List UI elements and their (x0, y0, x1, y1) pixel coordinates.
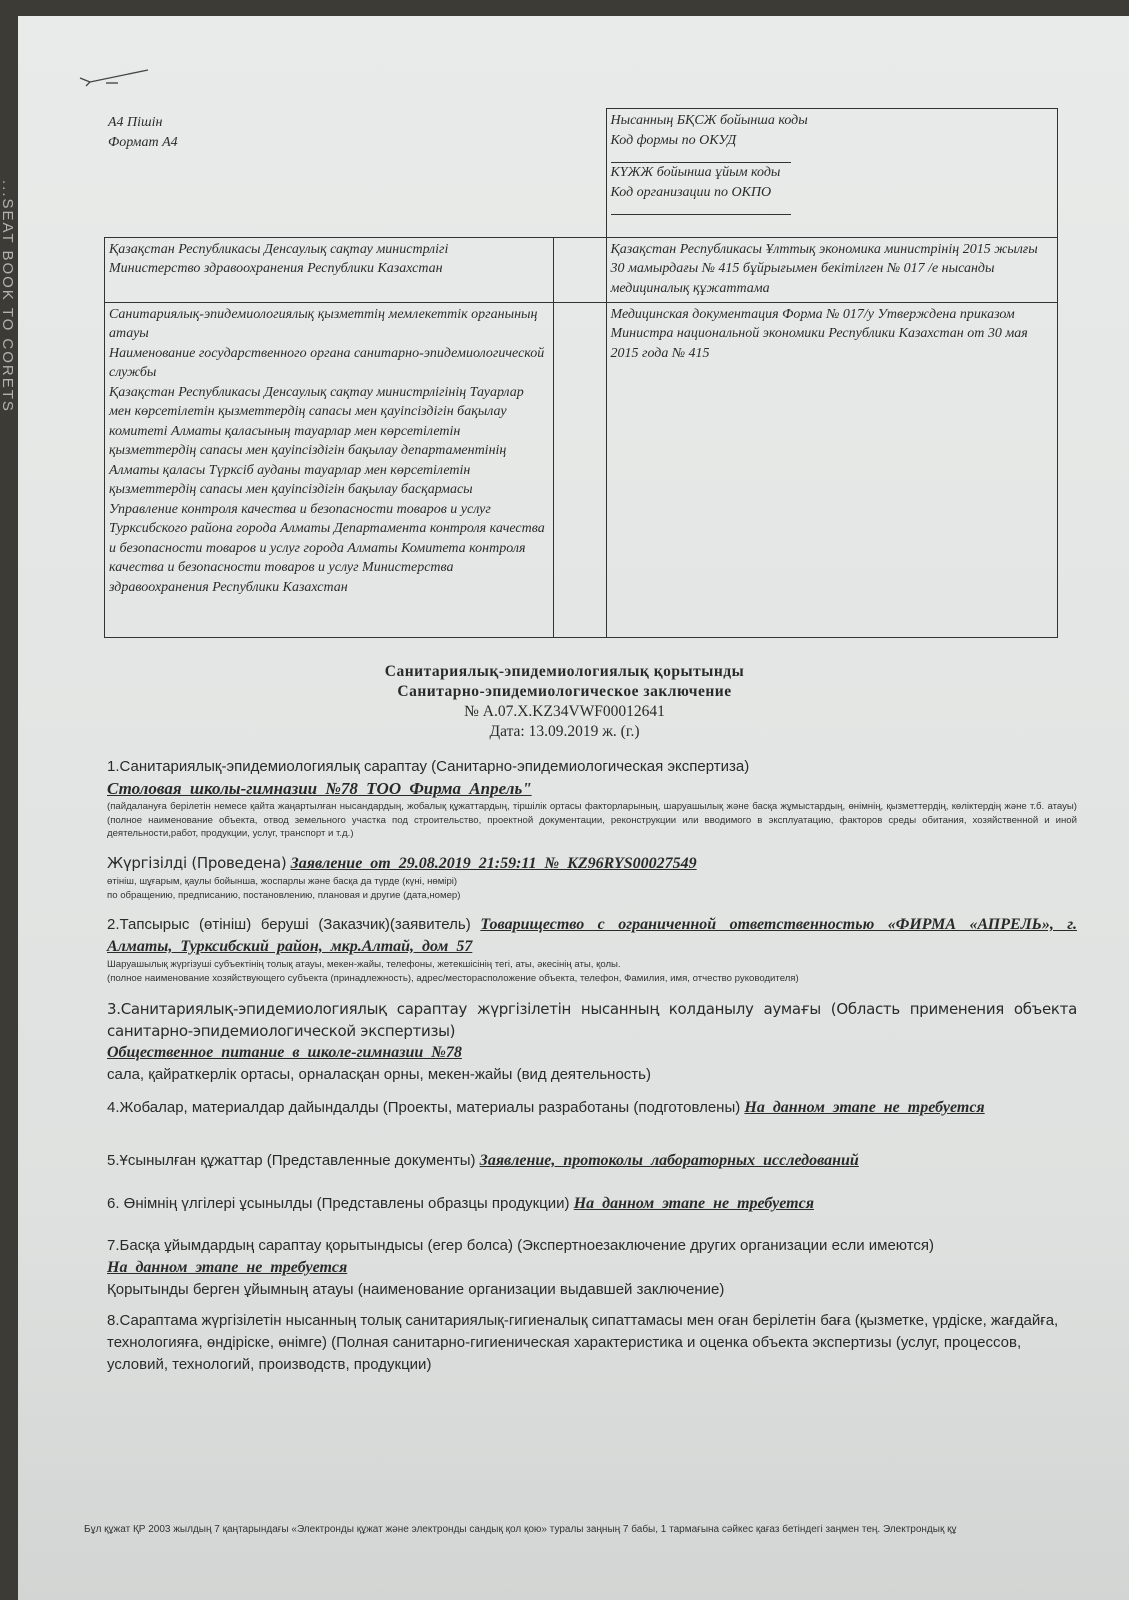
section-7-value: На данном этапе не требуется (107, 1257, 1077, 1279)
section-5: 5.Ұсынылған құжаттар (Представленные док… (107, 1150, 1077, 1172)
ministry-cell: Қазақстан Республикасы Денсаулық сақтау … (105, 237, 554, 302)
section-7: 7.Басқа ұйымдардың сараптау қорытындысы … (107, 1235, 1077, 1301)
section-1: 1.Санитариялық-эпидемиологиялық сараптау… (107, 756, 1077, 841)
conclusion-title: Санитариялық-эпидемиологиялық қорытынды … (0, 662, 1129, 742)
section-4-value: На данном этапе не требуется (744, 1099, 984, 1116)
section-6-value: На данном этапе не требуется (574, 1195, 814, 1212)
section-conducted: Жүргізілді (Проведена) Заявление от 29.0… (107, 852, 1077, 902)
title-kz: Санитариялық-эпидемиологиялық қорытынды (0, 662, 1129, 682)
okpo-code-line (611, 202, 791, 215)
header-table: Нысанның БҚСЖ бойынша коды Код формы по … (104, 108, 1058, 638)
approval-ru-cell: Медицинская документация Форма № 017/у У… (606, 302, 1057, 637)
section-3: 3.Санитариялық-эпидемиологиялық сараптау… (107, 998, 1077, 1086)
organ-cell: Санитариялық-эпидемиологиялық қызметтің … (105, 302, 554, 637)
section-1-value: Столовая школы-гимназии №78 ТОО Фирма Ап… (107, 778, 1077, 800)
signature-mark (78, 68, 150, 90)
footer-legal-note: Бұл құжат ҚР 2003 жылдың 7 қаңтарындағы … (84, 1524, 1129, 1535)
okud-code-line (611, 150, 791, 163)
approval-kz-cell: Қазақстан Республикасы Ұлттық экономика … (606, 237, 1057, 302)
section-3-value: Общественное питание в школе-гимназии №7… (107, 1042, 1077, 1064)
title-ru: Санитарно-эпидемиологическое заключение (0, 682, 1129, 702)
section-1-note: (пайдалануға берілетін немесе қайта жаңа… (107, 800, 1077, 841)
section-4: 4.Жобалар, материалдар дайындалды (Проек… (107, 1097, 1077, 1119)
form-codes-cell: Нысанның БҚСЖ бойынша коды Код формы по … (606, 109, 1057, 238)
section-5-value: Заявление, протоколы лабораторных исслед… (480, 1152, 859, 1169)
conducted-value: Заявление от 29.08.2019 21:59:11 № KZ96R… (291, 855, 697, 872)
conclusion-number: № А.07.Х.KZ34VWF00012641 (0, 702, 1129, 722)
conclusion-date: Дата: 13.09.2019 ж. (г.) (0, 722, 1129, 742)
book-spine-text: ...SEAT BOOK TO CORETS (2, 180, 16, 680)
section-6: 6. Өнімнің үлгілері ұсынылды (Представле… (107, 1193, 1077, 1215)
section-8: 8.Сараптама жүргізілетін нысанның толық … (107, 1310, 1077, 1376)
section-2: 2.Тапсырыс (өтініш) беруші (Заказчик)(за… (107, 914, 1077, 985)
